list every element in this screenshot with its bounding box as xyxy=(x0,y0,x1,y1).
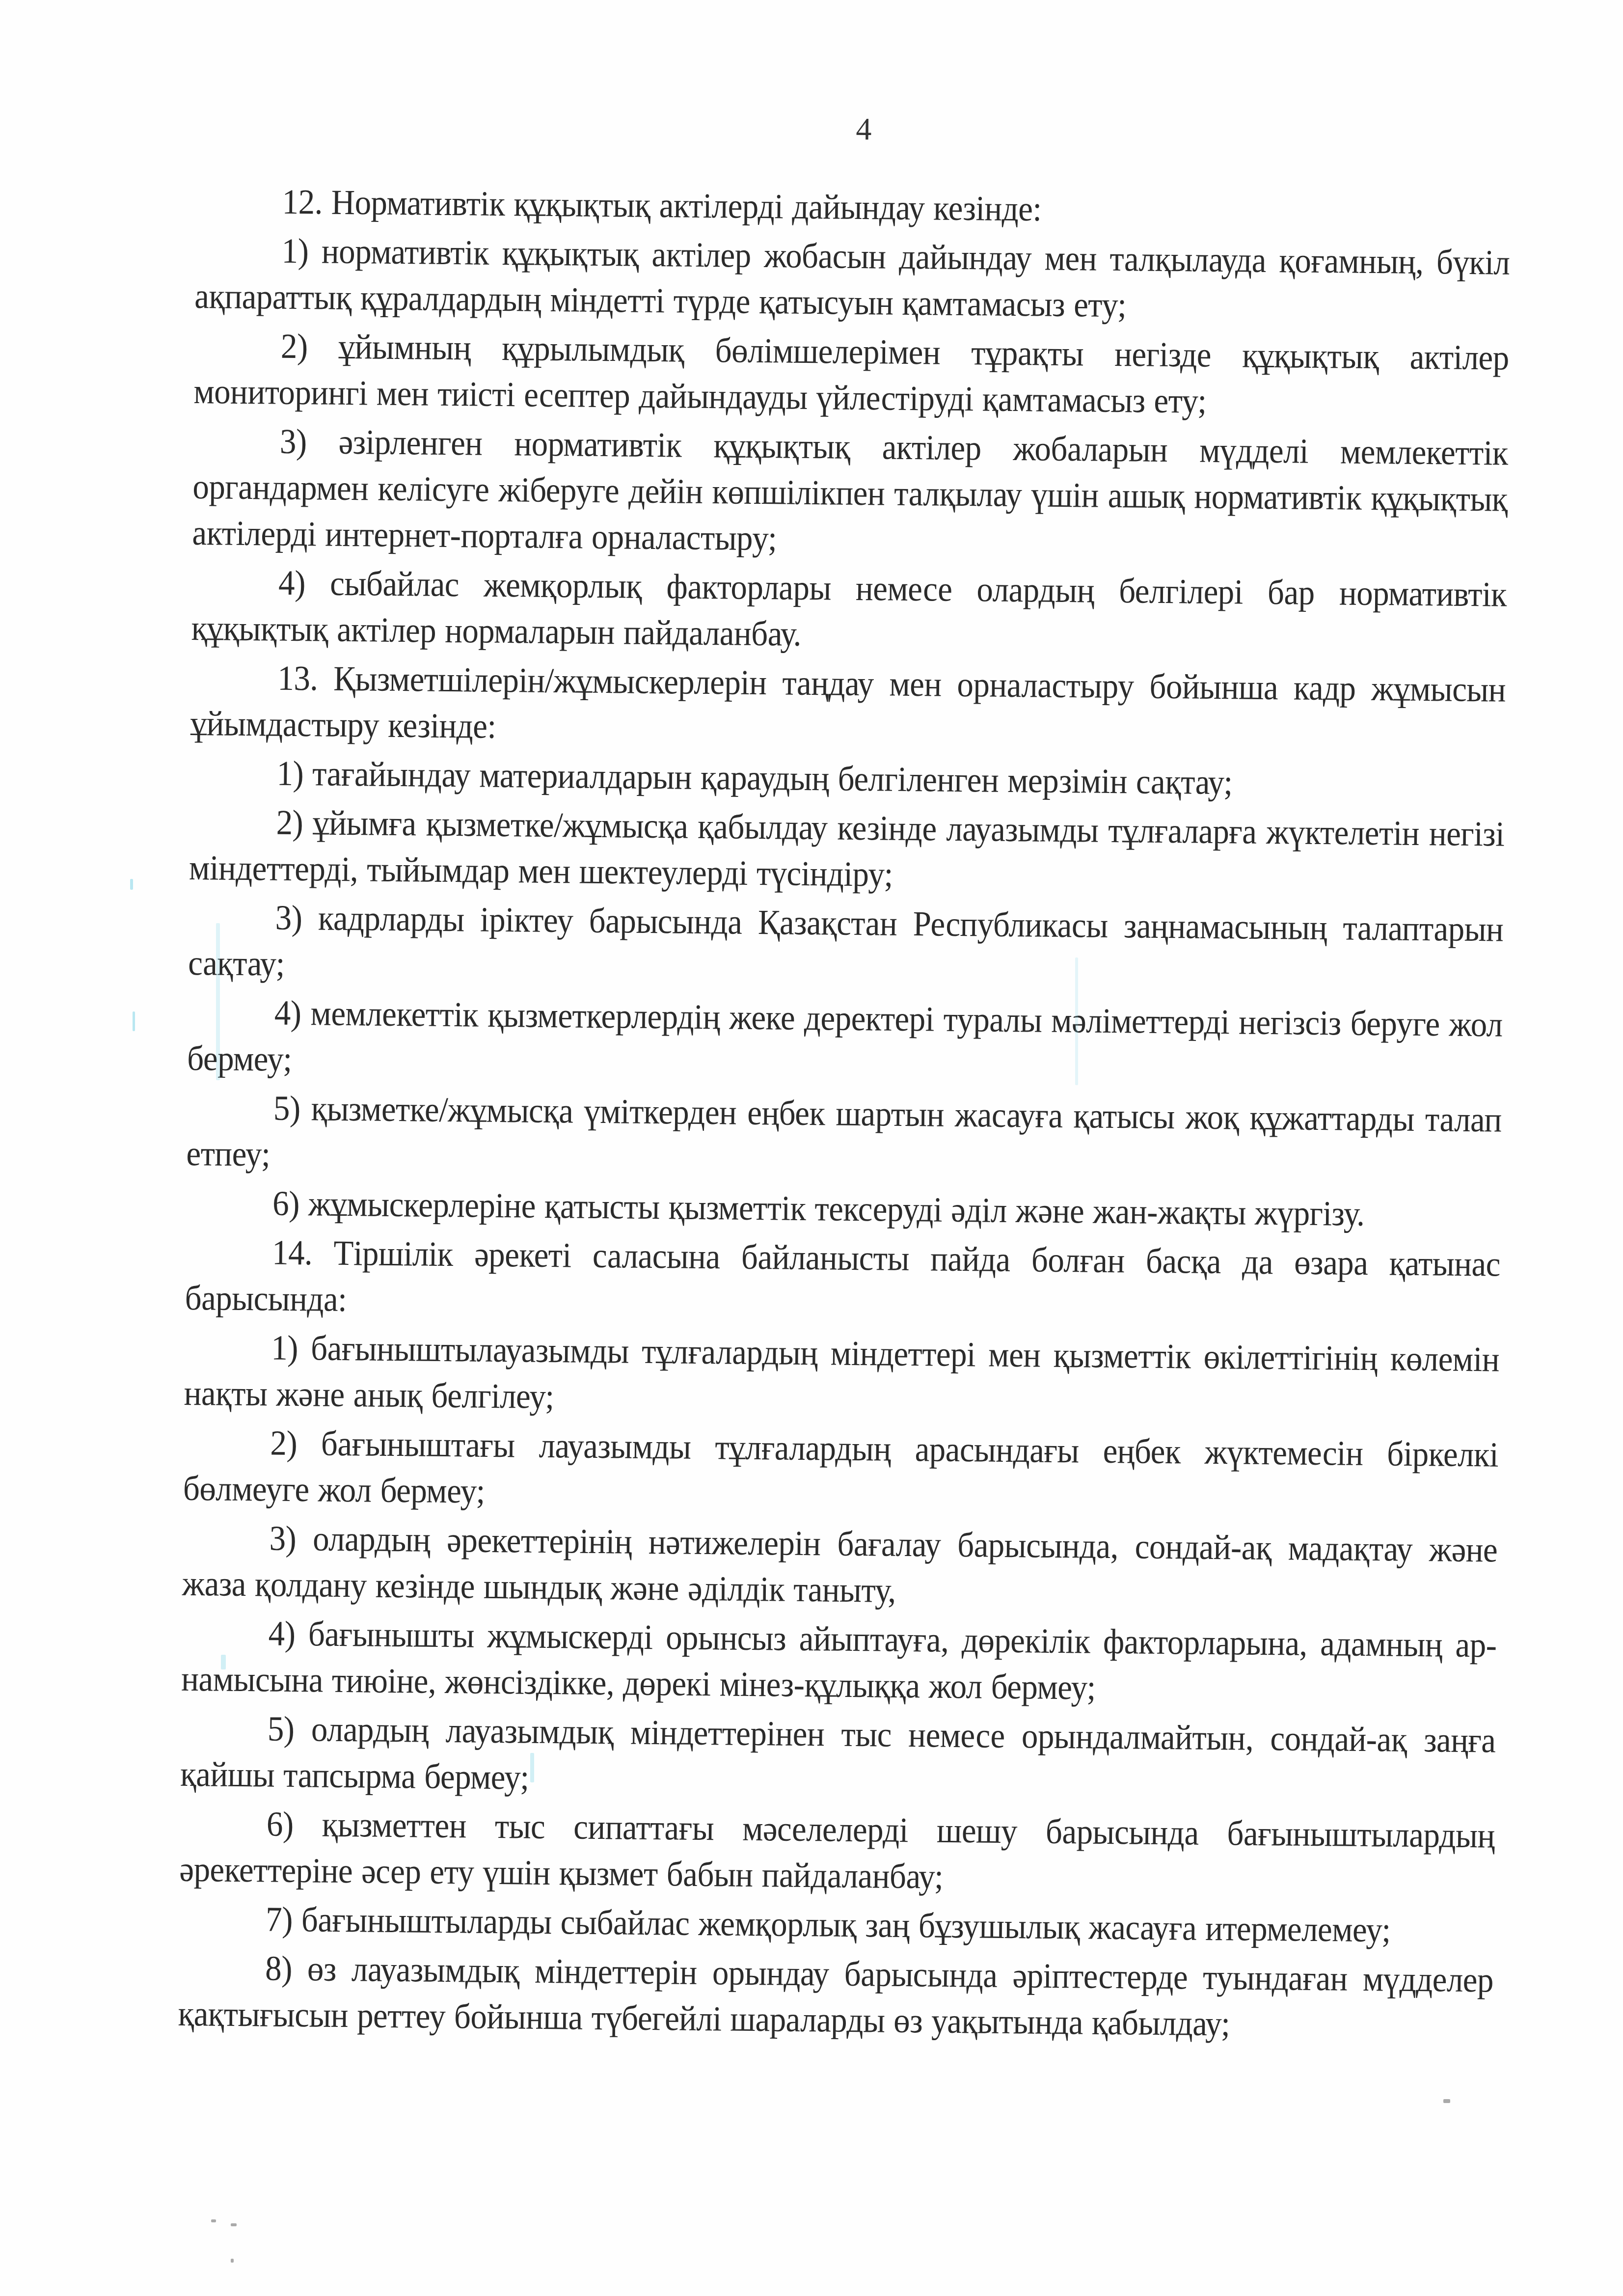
section-12-item-3: 3) әзірленген нормативтік құқықтық актіл… xyxy=(192,417,1508,569)
section-14-item-7: 7) бағыныштыларды сыбайлас жемқорлық заң… xyxy=(179,1895,1494,1954)
section-14-item-5: 5) олардың лауазымдық міндеттерінен тыс … xyxy=(180,1705,1496,1810)
scanned-document-page: 4 12. Нормативтік құқықтық актілерді дай… xyxy=(0,0,1623,2296)
page-content: 4 12. Нормативтік құқықтық актілерді дай… xyxy=(178,103,1512,2052)
section-13-item-5: 5) қызметке/жұмысқа үміткерден еңбек шар… xyxy=(186,1084,1502,1189)
section-12-item-2: 2) ұйымның құрылымдық бөлімшелерімен тұр… xyxy=(193,322,1509,427)
scan-artifact xyxy=(231,2223,237,2226)
section-13-item-2: 2) ұйымға қызметке/жұмысқа қабылдау кезі… xyxy=(189,798,1505,903)
section-12-heading: 12. Нормативтік құқықтық актілерді дайын… xyxy=(195,178,1511,237)
scan-artifact xyxy=(530,1753,534,1782)
section-14-item-3: 3) олардың әрекеттерінің нәтижелерін бағ… xyxy=(182,1514,1498,1619)
scan-artifact xyxy=(130,879,133,890)
section-12-item-1: 1) нормативтік құқықтық актілер жобасын … xyxy=(194,227,1510,332)
section-14-item-6: 6) қызметтен тыс сипаттағы мәселелерді ш… xyxy=(179,1800,1495,1905)
section-13-item-3: 3) кадрларды іріктеу барысында Қазақстан… xyxy=(188,894,1504,999)
scan-artifact xyxy=(1075,957,1078,1085)
section-13-item-6: 6) жұмыскерлеріне қатысты қызметтік текс… xyxy=(186,1179,1501,1238)
section-12-item-4: 4) сыбайлас жемқорлық факторлары немесе … xyxy=(191,559,1507,664)
section-13-item-1: 1) тағайындау материалдарын қараудың бел… xyxy=(189,749,1505,808)
scan-artifact xyxy=(221,1655,226,1669)
section-14-heading: 14. Тіршілік әрекеті саласына байланысты… xyxy=(185,1229,1500,1334)
section-14-item-2: 2) бағыныштағы лауазымды тұлғалардың ара… xyxy=(183,1419,1498,1524)
section-13-heading: 13. Қызметшілерін/жұмыскерлерін таңдау м… xyxy=(190,654,1506,759)
page-number: 4 xyxy=(196,103,1512,155)
scan-artifact xyxy=(211,2219,216,2222)
scan-artifact xyxy=(133,1011,135,1031)
section-13-item-4: 4) мемлекеттік қызметкерлердің жеке дере… xyxy=(187,989,1503,1094)
scan-artifact xyxy=(1443,2099,1450,2103)
scan-artifact xyxy=(216,923,220,1080)
scan-artifact xyxy=(231,2259,234,2263)
section-14-item-1: 1) бағыныштылауазымды тұлғалардың міндет… xyxy=(184,1324,1499,1429)
section-14-item-8: 8) өз лауазымдық міндеттерін орындау бар… xyxy=(178,1944,1493,2050)
section-14-item-4: 4) бағынышты жұмыскерді орынсыз айыптауғ… xyxy=(181,1610,1497,1715)
